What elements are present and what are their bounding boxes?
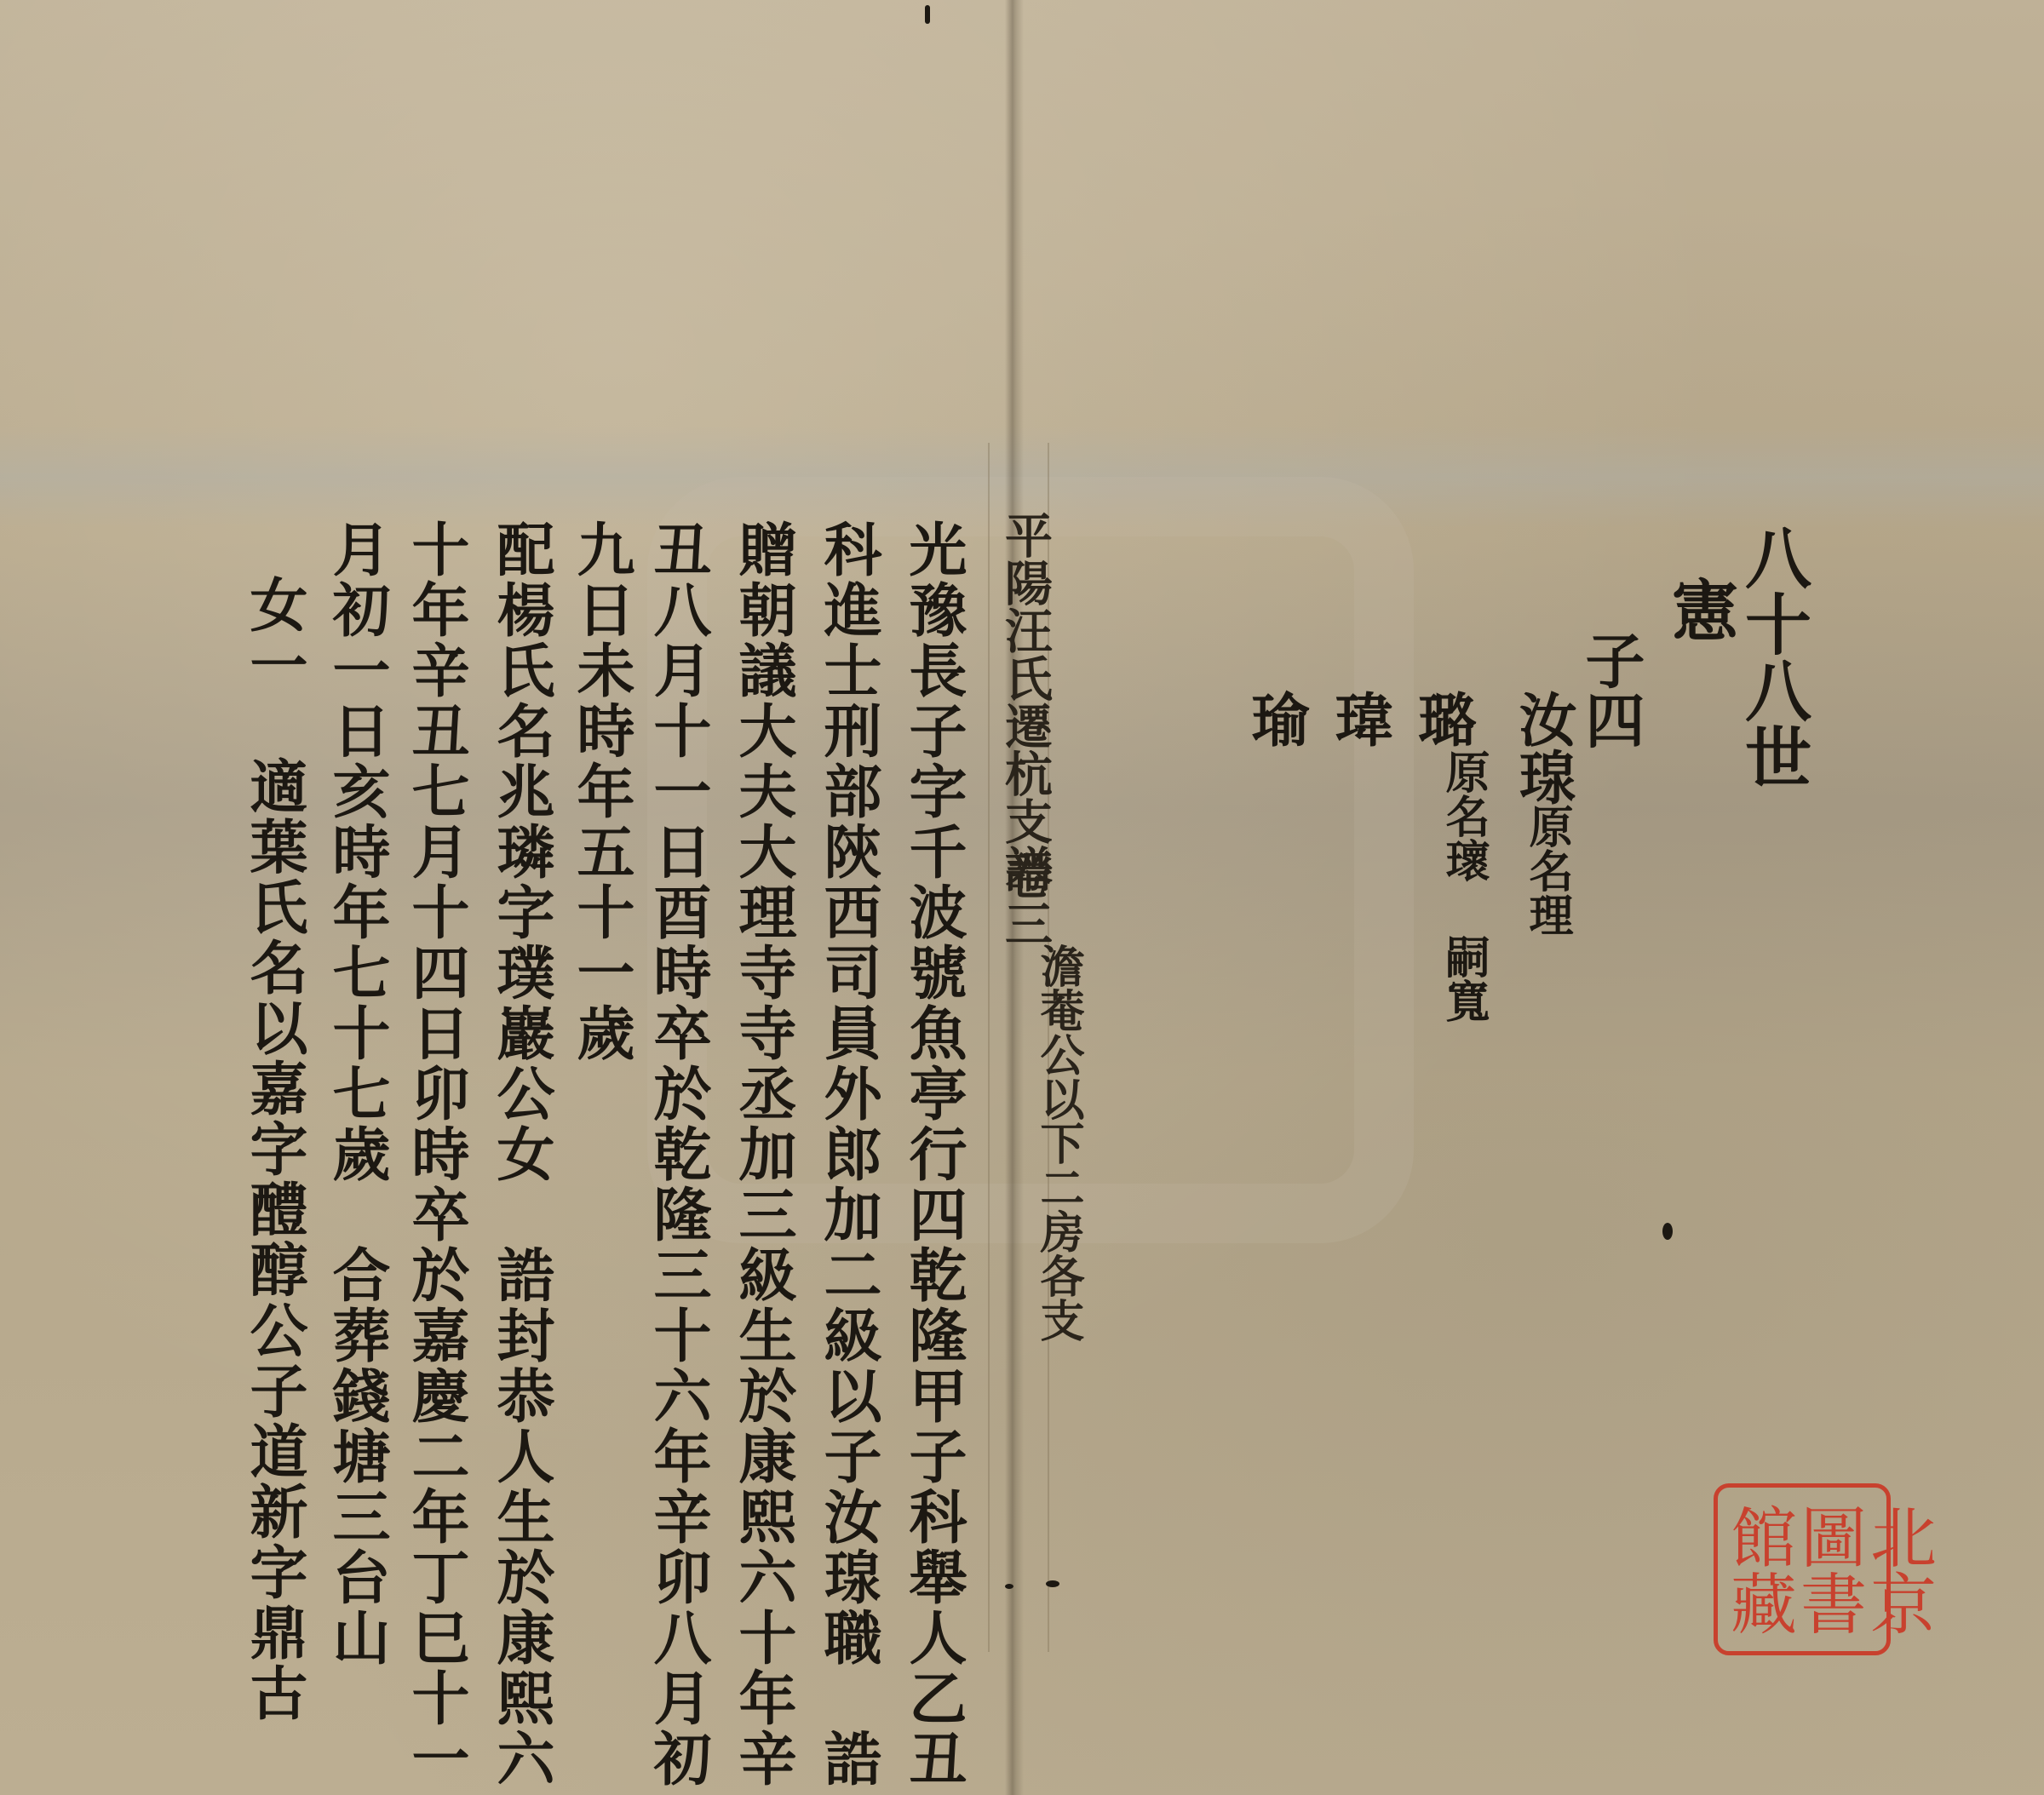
- text-column: 十年辛丑七月十四日卯時卒於嘉慶二年丁巳十一: [407, 519, 465, 1789]
- son-name: 瑜: [1247, 690, 1305, 748]
- text-column: 光豫長子字千波號魚亭行四乾隆甲子科舉人乙丑: [904, 519, 962, 1789]
- ink-speck: [1005, 1584, 1013, 1589]
- text-column: 月初一日亥時年七十七歲 合葬錢塘三台山: [328, 519, 386, 1668]
- son-note-text: 原名瓌 嗣寬: [1438, 749, 1490, 1023]
- text-column: 贈朝議大夫大理寺寺丞加三級生於康熙六十年辛: [734, 519, 792, 1789]
- section-label: 澹菴公以下二房各支: [1036, 943, 1080, 1342]
- ink-speck: [1046, 1580, 1059, 1587]
- text-column: 九日未時年五十一歲: [572, 519, 630, 1064]
- son-name: 瑋: [1330, 690, 1388, 748]
- volume-label: 卷三: [1002, 852, 1049, 947]
- son-name: 汝瑔: [1514, 690, 1572, 806]
- book-title: 平陽汪氏遷杭支譜: [1002, 511, 1049, 892]
- son-note: 原名理: [1524, 804, 1569, 937]
- seal-text-right: 北京: [1864, 1494, 1931, 1644]
- generation-heading: 八十八世: [1739, 524, 1806, 789]
- seal-text-middle: 圖書: [1794, 1494, 1861, 1644]
- son-name: 璐: [1414, 690, 1472, 748]
- text-column: 科進士刑部陝西司員外郎加二級以子汝瑔職 誥: [819, 519, 877, 1789]
- sons-label: 子四: [1581, 630, 1640, 749]
- ink-speck: [925, 5, 930, 24]
- person-name: 憲: [1666, 576, 1732, 642]
- text-column: 女一 適葉氏名以嘉字醴醇公子道新字鼎古: [245, 575, 303, 1723]
- genealogy-page-spread: 八十八世 憲 子四 汝瑔 原名理 璐 原名瓌 嗣寬 瑋 瑜 館藏 圖書 北京 平…: [0, 0, 2044, 1795]
- text-column: 配楊氏名兆璘字璞巖公女 誥封恭人生於康熙六: [492, 519, 550, 1789]
- ink-speck: [1662, 1223, 1673, 1240]
- library-seal: 館藏 圖書 北京: [1714, 1483, 1891, 1655]
- son-note: 原名瓌 嗣寬: [1441, 749, 1485, 894]
- text-column: 丑八月十一日酉時卒於乾隆三十六年辛卯八月初: [649, 519, 707, 1789]
- seal-text-left: 館藏: [1725, 1494, 1791, 1644]
- frame-line: [988, 443, 990, 1652]
